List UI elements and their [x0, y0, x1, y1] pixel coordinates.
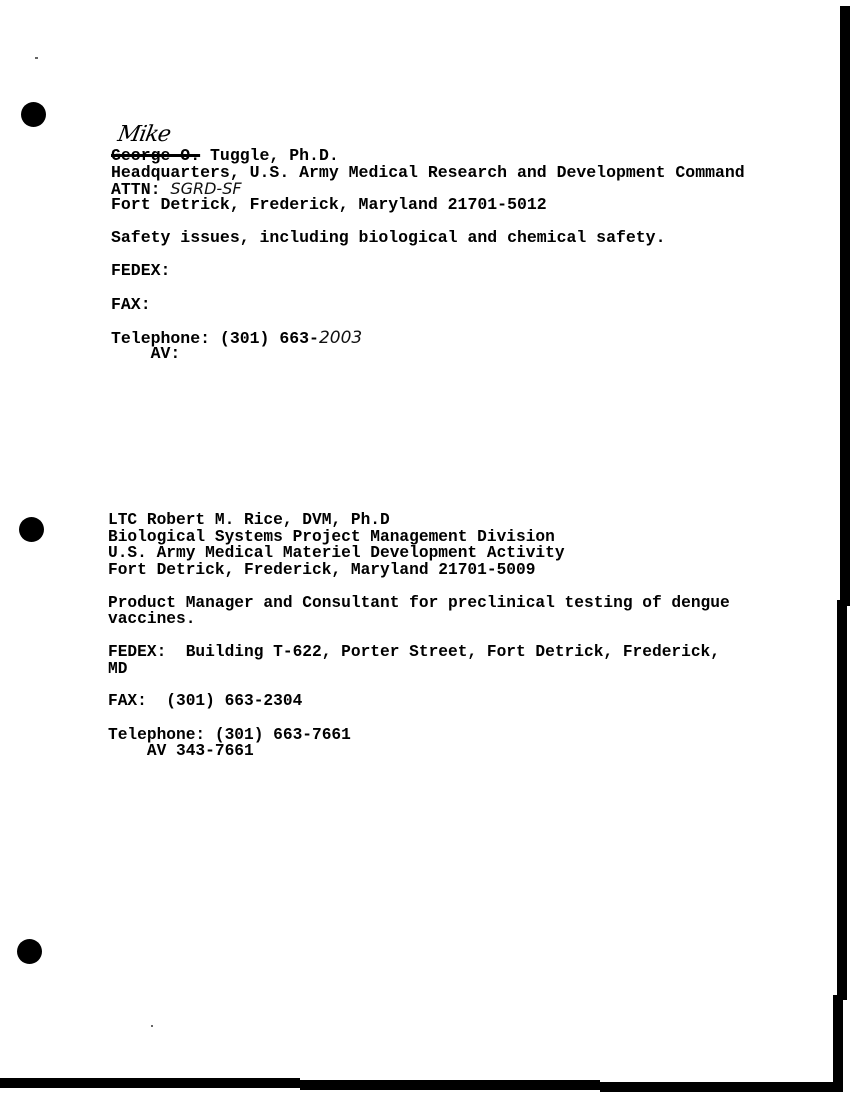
handwritten-first-name: Mike	[116, 122, 172, 147]
scanned-page: Mike George O. Tuggle, Ph.D. Headquarter…	[0, 0, 850, 1097]
fax-label: FAX:	[111, 297, 151, 313]
page-edge-bottom	[300, 1080, 600, 1090]
contact-name: LTC Robert M. Rice, DVM, Ph.D	[108, 512, 390, 528]
punch-hole-middle	[19, 517, 44, 542]
contact-name: George O. Tuggle, Ph.D.	[111, 148, 339, 164]
handwritten-telephone-extension: 2003	[319, 328, 362, 348]
contact-description: Safety issues, including biological and …	[111, 230, 666, 246]
contact-address: Fort Detrick, Frederick, Maryland 21701-…	[111, 197, 547, 213]
page-edge-right	[840, 6, 850, 606]
punch-hole-top	[21, 102, 46, 127]
contact-address: Fort Detrick, Frederick, Maryland 21701-…	[108, 562, 535, 578]
page-edge-bottom	[0, 1078, 300, 1088]
page-edge-right	[833, 995, 843, 1092]
page-edge-right	[837, 600, 847, 1000]
scan-speck	[35, 57, 38, 59]
scan-speck	[151, 1025, 153, 1027]
contact-organization: U.S. Army Medical Materiel Development A…	[108, 545, 565, 561]
contact-description-line1: Product Manager and Consultant for precl…	[108, 595, 730, 611]
punch-hole-bottom	[17, 939, 42, 964]
fax-number: FAX: (301) 663-2304	[108, 693, 302, 709]
telephone-number: Telephone: (301) 663-7661	[108, 727, 351, 743]
av-label: AV:	[111, 346, 180, 362]
fedex-label: FEDEX:	[111, 263, 170, 279]
contact-description-line2: vaccines.	[108, 611, 195, 627]
av-number: AV 343-7661	[108, 743, 254, 759]
page-edge-bottom	[600, 1082, 843, 1092]
fedex-line2: MD	[108, 661, 127, 677]
fedex-line1: FEDEX: Building T-622, Porter Street, Fo…	[108, 644, 720, 660]
contact-division: Biological Systems Project Management Di…	[108, 529, 555, 545]
